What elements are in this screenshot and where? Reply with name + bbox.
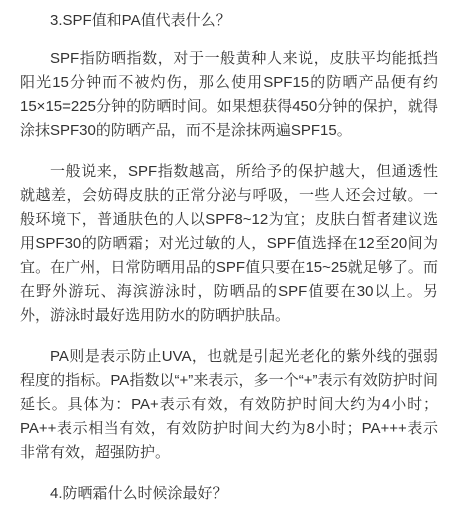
- section-heading-spf-pa-meaning: 3.SPF值和PA值代表什么？: [20, 9, 438, 33]
- paragraph-spf-explanation: SPF指防晒指数，对于一般黄种人来说，皮肤平均能抵挡阳光15分钟而不被灼伤，那么…: [20, 47, 438, 143]
- page: { "document": { "section_spf_pa": { "hea…: [0, 0, 459, 510]
- section-heading-when-to-apply: 4.防晒霜什么时候涂最好？: [20, 482, 438, 506]
- paragraph-pa-explanation: PA则是表示防止UVA，也就是引起光老化的紫外线的强弱程度的指标。PA指数以“+…: [20, 345, 438, 465]
- paragraph-spf-selection-advice: 一般说来，SPF指数越高，所给予的保护越大，但通透性就越差，会妨碍皮肤的正常分泌…: [20, 160, 438, 328]
- sunscreen-article: 3.SPF值和PA值代表什么？ SPF指防晒指数，对于一般黄种人来说，皮肤平均能…: [0, 0, 459, 506]
